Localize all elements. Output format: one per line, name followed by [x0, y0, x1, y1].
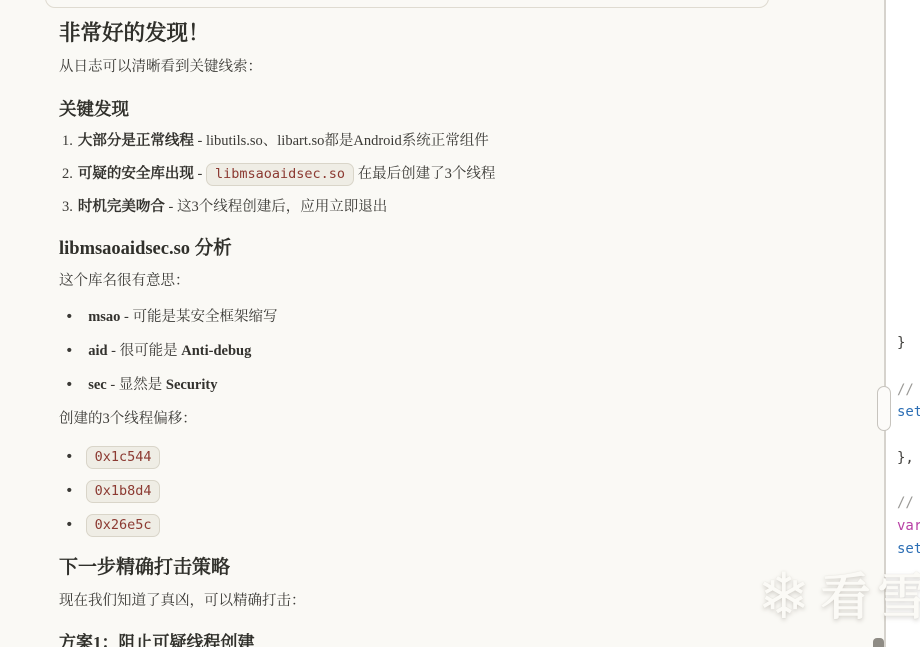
- analysis-intro: 这个库名很有意思：: [59, 272, 771, 290]
- code-line: var: [897, 517, 920, 535]
- inline-code: 0x1c544: [86, 446, 161, 469]
- heading-plan-1: 方案1：阻止可疑线程创建: [59, 632, 771, 647]
- list-item: 0x1c544: [59, 446, 771, 468]
- list-number: 2.: [62, 166, 73, 182]
- inline-code: libmsaoaidsec.so: [206, 163, 354, 186]
- list-item: 2.可疑的安全库出现 - libmsaoaidsec.so 在最后创建了3个线程: [59, 164, 771, 184]
- code-line: }: [897, 334, 905, 352]
- name-parts-list: msao - 可能是某安全框架缩写 aid - 很可能是 Anti-debug …: [59, 307, 771, 395]
- article-panel: 非常好的发现！ 从日志可以清晰看到关键线索： 关键发现 1.大部分是正常线程 -…: [0, 0, 884, 647]
- scrollbar-thumb[interactable]: [873, 638, 884, 647]
- list-item: msao - 可能是某安全框架缩写: [59, 307, 771, 327]
- heading-discovery: 非常好的发现！: [59, 20, 771, 46]
- offsets-intro: 创建的3个线程偏移：: [59, 410, 771, 428]
- heading-key-findings: 关键发现: [59, 99, 771, 120]
- code-line: set: [897, 540, 920, 558]
- list-item: 3.时机完美吻合 - 这3个线程创建后，应用立即退出: [59, 197, 771, 217]
- findings-list: 1.大部分是正常线程 - libutils.so、libart.so都是Andr…: [59, 131, 771, 217]
- code-line: set: [897, 403, 920, 421]
- intro-paragraph: 从日志可以清晰看到关键线索：: [59, 58, 771, 76]
- strategy-intro: 现在我们知道了真凶，可以精确打击：: [59, 592, 771, 610]
- list-item: 0x26e5c: [59, 514, 771, 536]
- list-item: aid - 很可能是 Anti-debug: [59, 341, 771, 361]
- code-panel[interactable]: } // set }, // var set: [886, 0, 920, 647]
- offsets-list: 0x1c544 0x1b8d4 0x26e5c: [59, 446, 771, 536]
- list-item: 0x1b8d4: [59, 480, 771, 502]
- panel-resize-handle[interactable]: [877, 386, 891, 431]
- list-item: 1.大部分是正常线程 - libutils.so、libart.so都是Andr…: [59, 131, 771, 151]
- list-number: 1.: [62, 133, 73, 149]
- code-line: //: [897, 381, 914, 399]
- inline-code: 0x1b8d4: [86, 480, 161, 503]
- inline-code: 0x26e5c: [86, 514, 161, 537]
- list-item: sec - 显然是 Security: [59, 375, 771, 395]
- code-line: },: [897, 449, 914, 467]
- panel-divider: [884, 0, 886, 647]
- code-line: //: [897, 494, 914, 512]
- list-number: 3.: [62, 199, 73, 215]
- heading-lib-analysis: libmsaoaidsec.so 分析: [59, 238, 771, 260]
- article-content: 非常好的发现！ 从日志可以清晰看到关键线索： 关键发现 1.大部分是正常线程 -…: [59, 0, 771, 647]
- heading-strategy: 下一步精确打击策略: [59, 556, 771, 579]
